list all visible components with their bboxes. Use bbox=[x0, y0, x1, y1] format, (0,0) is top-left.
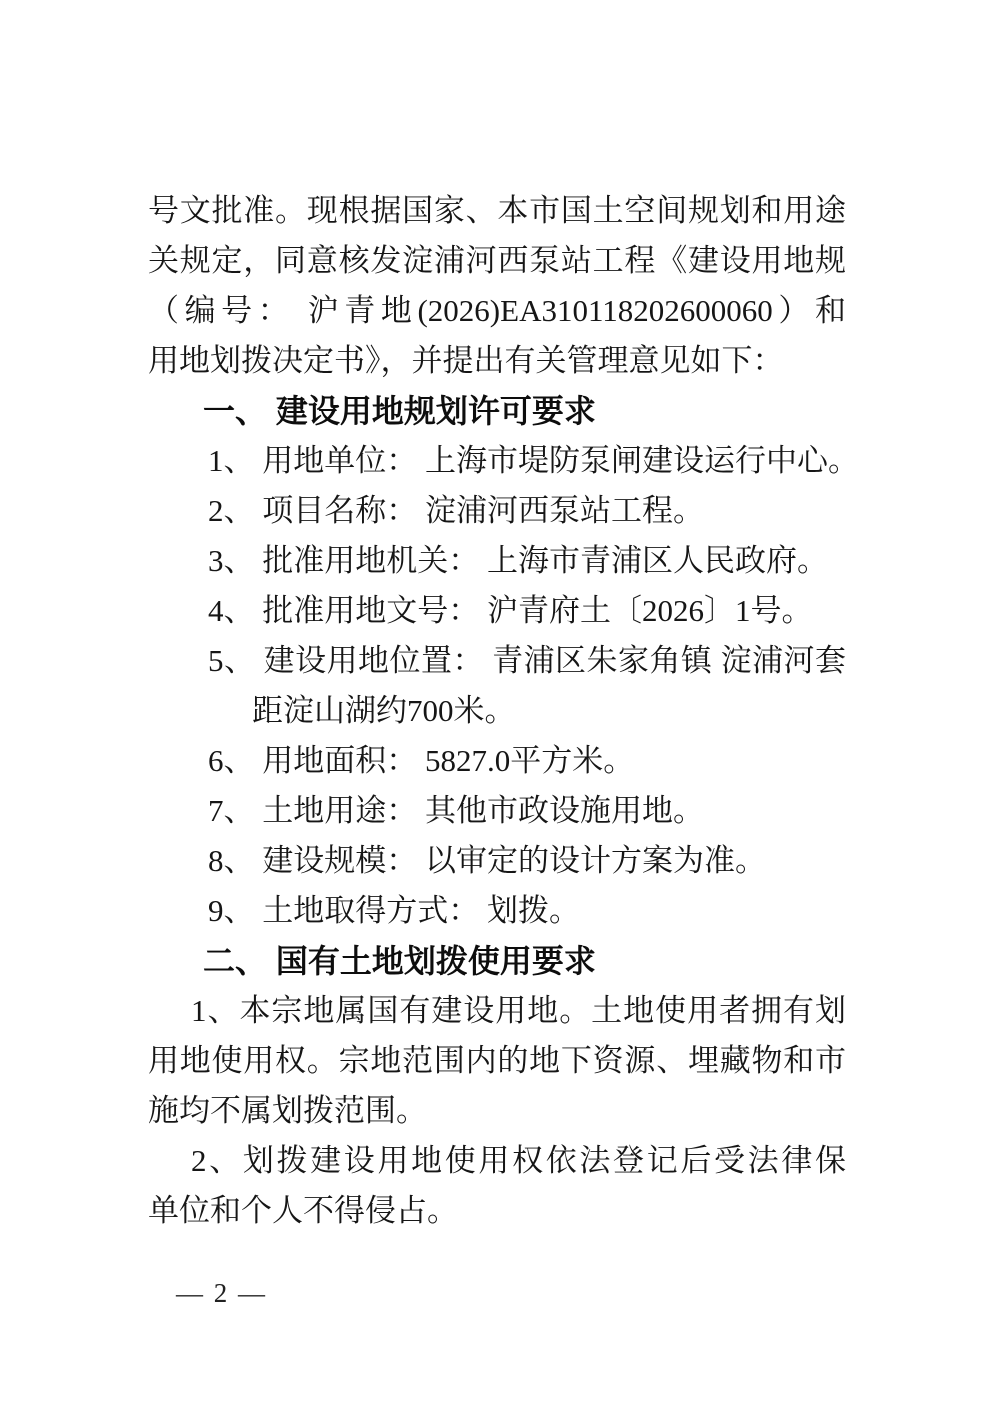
section-2-paragraph-line: 用地使用权。宗地范围内的地下资源、埋藏物和市政公用设 bbox=[148, 1036, 846, 1086]
section-1-heading: 一、 建设用地规划许可要求 bbox=[148, 386, 846, 436]
section-2-paragraph-line: 单位和个人不得侵占。 bbox=[148, 1186, 846, 1236]
page-number: — 2 — bbox=[176, 1278, 267, 1308]
page-footer: — 2 — bbox=[176, 1278, 267, 1309]
list-item-construction-scale: 8、 建设规模： 以审定的设计方案为准。 bbox=[148, 836, 846, 886]
list-item-site-location-continuation: 距淀山湖约700米。 bbox=[148, 686, 846, 736]
intro-line: 号文批准。现根据国家、本市国土空间规划和用途管制等有 bbox=[148, 186, 846, 236]
intro-line: 用地划拨决定书》，并提出有关管理意见如下： bbox=[148, 336, 846, 386]
document-page: 号文批准。现根据国家、本市国土空间规划和用途管制等有 关规定，同意核发淀浦河西泵… bbox=[0, 0, 992, 1403]
document-body: 号文批准。现根据国家、本市国土空间规划和用途管制等有 关规定，同意核发淀浦河西泵… bbox=[148, 186, 846, 1236]
list-item-land-use-type: 7、 土地用途： 其他市政设施用地。 bbox=[148, 786, 846, 836]
section-2-heading: 二、 国有土地划拨使用要求 bbox=[148, 936, 846, 986]
list-item-approval-doc-number: 4、 批准用地文号： 沪青府土〔2026〕1号。 bbox=[148, 586, 846, 636]
list-item-land-user: 1、 用地单位： 上海市堤防泵闸建设运行中心。 bbox=[148, 436, 846, 486]
list-item-land-area: 6、 用地面积： 5827.0平方米。 bbox=[148, 736, 846, 786]
list-item-site-location: 5、 建设用地位置： 青浦区朱家角镇 淀浦河套闸以南， bbox=[148, 636, 846, 686]
intro-line: 关规定，同意核发淀浦河西泵站工程《建设用地规划许可证》 bbox=[148, 236, 846, 286]
list-item-land-acquisition-method: 9、 土地取得方式： 划拨。 bbox=[148, 886, 846, 936]
intro-line: （编号： 沪青地(2026)EA310118202600060）和《国有建设 bbox=[148, 286, 846, 336]
section-2-paragraph-line: 1、本宗地属国有建设用地。土地使用者拥有划拨建设 bbox=[148, 986, 846, 1036]
section-2-paragraph-line: 2、划拨建设用地使用权依法登记后受法律保护，任何 bbox=[148, 1136, 846, 1186]
section-2-paragraph-line: 施均不属划拨范围。 bbox=[148, 1086, 846, 1136]
list-item-approving-authority: 3、 批准用地机关： 上海市青浦区人民政府。 bbox=[148, 536, 846, 586]
list-item-project-name: 2、 项目名称： 淀浦河西泵站工程。 bbox=[148, 486, 846, 536]
